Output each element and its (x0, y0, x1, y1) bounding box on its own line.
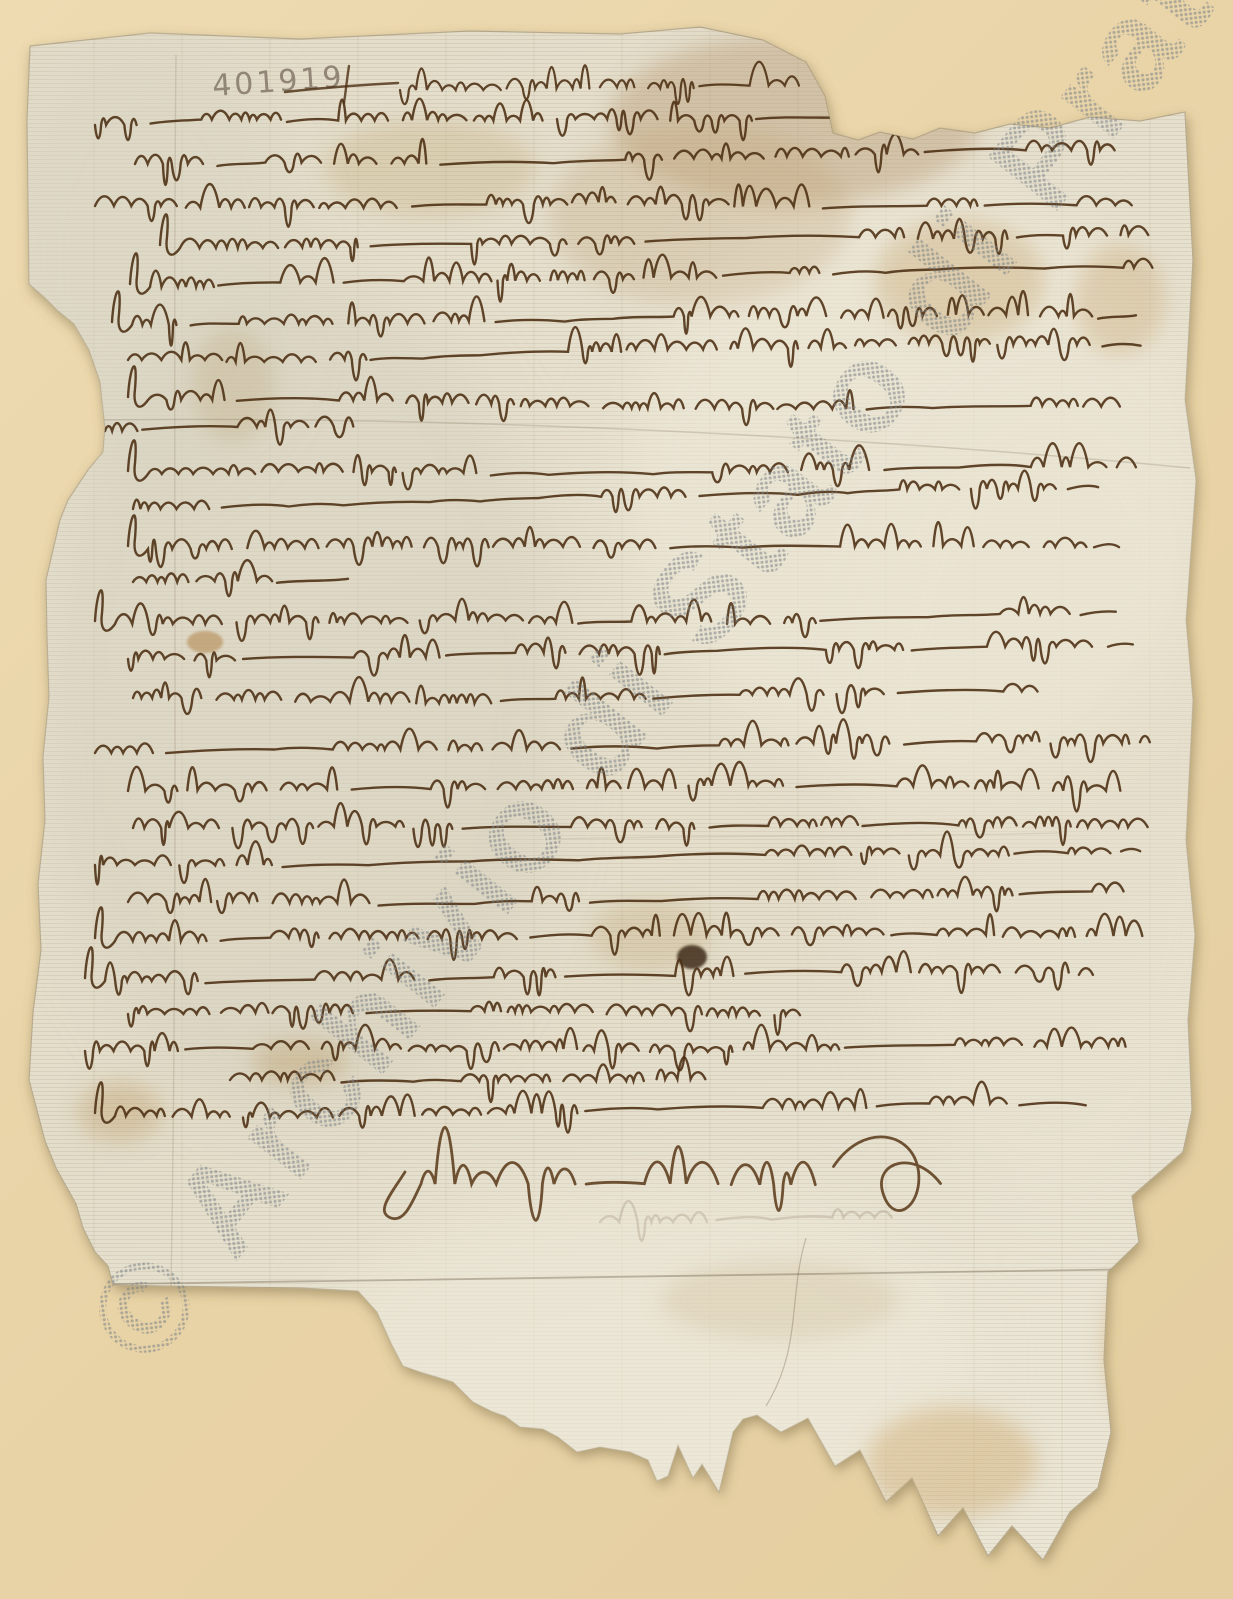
paper-mottle (850, 400, 1233, 1200)
stain (78, 1082, 162, 1142)
manuscript-scan: 401919 © Archivio di Stato di Prato (0, 0, 1233, 1599)
stain (867, 1407, 1037, 1517)
ink-blot (187, 631, 223, 653)
stain (1075, 245, 1165, 355)
stain (660, 1260, 900, 1340)
paper-mottle (310, 1190, 970, 1530)
document-scan-svg: 401919 © Archivio di Stato di Prato (0, 0, 1233, 1599)
stain (1105, 1260, 1205, 1430)
